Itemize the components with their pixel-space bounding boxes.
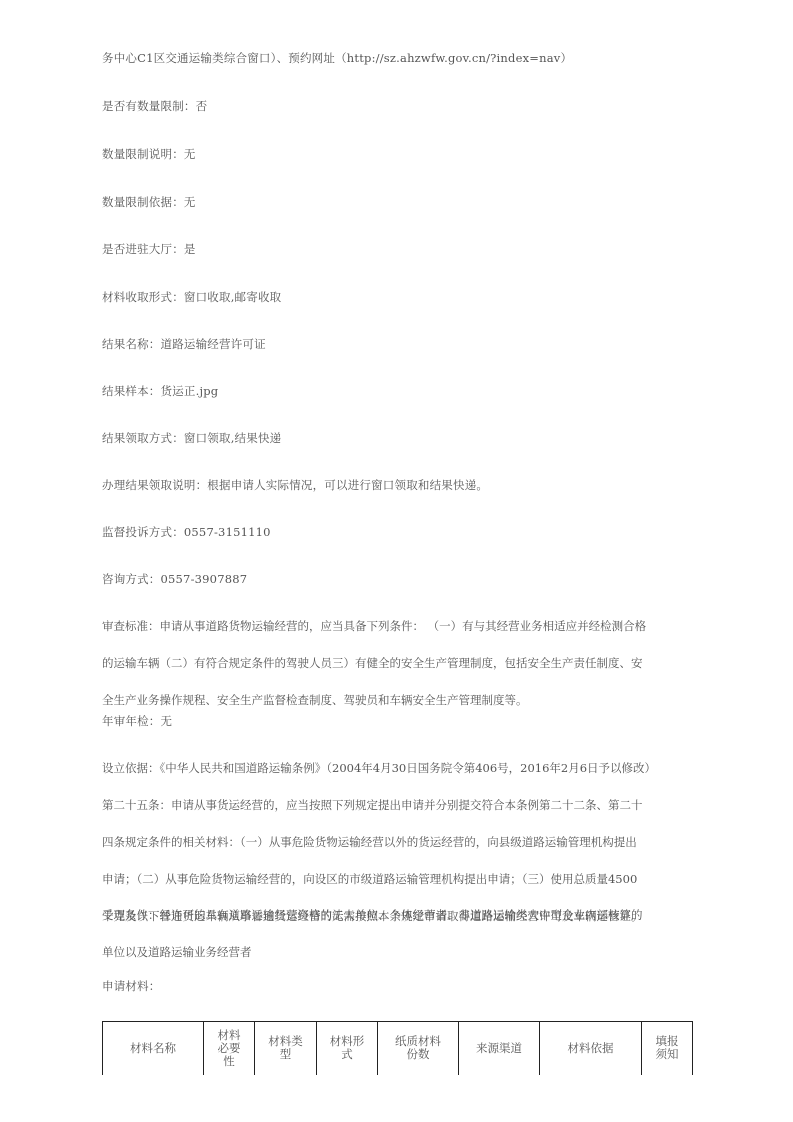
result-pickup-description: 办理结果领取说明：根据申请人实际情况，可以进行窗口领取和结果快递。 <box>102 478 488 492</box>
column-header-material-basis: 材料依据 <box>540 1022 642 1075</box>
complaint-phone: 监督投诉方式：0557-3151110 <box>102 525 271 539</box>
materials-label: 申请材料： <box>102 979 161 993</box>
consultation-phone: 咨询方式：0557-3907887 <box>102 572 247 586</box>
legal-basis-line: 第二十五条：申请从事货运经营的，应当按照下列规定提出申请并分别提交符合本条例第二… <box>102 798 692 812</box>
column-header-necessity-text: 材料必要性 <box>214 1029 244 1068</box>
column-header-source-channel: 来源渠道 <box>459 1022 540 1075</box>
column-header-material-type-text: 材料类型 <box>266 1035 306 1061</box>
quantity-limit: 是否有数量限制：否 <box>102 99 207 113</box>
annual-review: 年审年检：无 <box>102 714 172 728</box>
document-page: 务中心C1区交通运输类综合窗口）、预约网址（http://sz.ahzwfw.g… <box>0 0 793 1122</box>
legal-basis-line: 申请；（二）从事危险货物运输经营的，向设区的市级道路运输管理机构提出申请；（三）… <box>102 872 692 886</box>
result-sample: 结果样本：货运正.jpg <box>102 384 218 398</box>
review-standard-line: 审查标准：申请从事道路货物运输经营的，应当具备下列条件： （一）有与其经营业务相… <box>102 619 692 633</box>
quantity-limit-description: 数量限制说明：无 <box>102 147 196 161</box>
review-standard-paragraph: 审查标准：申请从事道路货物运输经营的，应当具备下列条件： （一）有与其经营业务相… <box>102 619 692 730</box>
review-standard-line: 的运输车辆（二）有符合规定条件的驾驶人员三）有健全的安全生产管理制度，包括安全生… <box>102 656 692 670</box>
result-pickup-method: 结果领取方式：窗口领取,结果快递 <box>102 431 281 445</box>
column-header-material-type: 材料类型 <box>255 1022 317 1075</box>
column-header-paper-copies: 纸质材料份数 <box>378 1022 459 1075</box>
service-location-line: 务中心C1区交通运输类综合窗口）、预约网址（http://sz.ahzwfw.g… <box>102 51 572 65</box>
material-collection-form: 材料收取形式：窗口收取,邮寄收取 <box>102 290 281 304</box>
table-header-row: 材料名称 材料必要性 材料类型 材料形式 纸质材料份数 来源渠道 材料依据 填报… <box>103 1022 693 1075</box>
legal-basis-line: 设立依据：《中华人民共和国道路运输条例》（2004年4月30日国务院令第406号… <box>102 761 692 775</box>
acceptance-conditions-line: 受理条件：经许可的具有道路运输经营资格的法人单位、个体经营者、非道路运输类大中型… <box>102 908 692 922</box>
column-header-paper-copies-text: 纸质材料份数 <box>390 1035 446 1061</box>
review-standard-line: 全生产业务操作规程、安全生产监督检查制度、驾驶员和车辆安全生产管理制度等。 <box>102 693 692 707</box>
in-hall: 是否进驻大厅：是 <box>102 242 196 256</box>
column-header-necessity: 材料必要性 <box>204 1022 255 1075</box>
column-header-filling-notes: 填报须知 <box>642 1022 693 1075</box>
column-header-material-form: 材料形式 <box>317 1022 378 1075</box>
acceptance-conditions-paragraph: 受理条件：经许可的具有道路运输经营资格的法人单位、个体经营者、非道路运输类大中型… <box>102 908 692 982</box>
result-name: 结果名称：道路运输经营许可证 <box>102 337 266 351</box>
column-header-material-name: 材料名称 <box>103 1022 204 1075</box>
materials-table: 材料名称 材料必要性 材料类型 材料形式 纸质材料份数 来源渠道 材料依据 填报… <box>102 1021 693 1075</box>
acceptance-conditions-line: 单位以及道路运输业务经营者 <box>102 945 692 959</box>
column-header-material-form-text: 材料形式 <box>327 1035 367 1061</box>
legal-basis-line: 四条规定条件的相关材料：（一）从事危险货物运输经营以外的货运经营的，向县级道路运… <box>102 835 692 849</box>
quantity-limit-basis: 数量限制依据：无 <box>102 195 196 209</box>
column-header-filling-notes-text: 填报须知 <box>653 1035 681 1061</box>
